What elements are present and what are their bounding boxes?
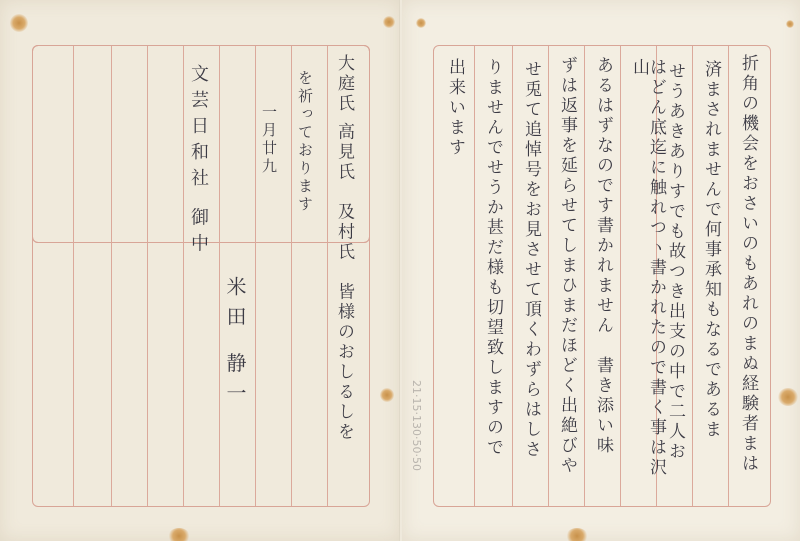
- signature-text: 米田 静一: [225, 276, 245, 436]
- text-column-8: りませんでせうか甚だ様も切望致しますので: [484, 58, 501, 488]
- rule-line: [73, 46, 74, 506]
- text-column-1: 折角の機会をおさいのもあれのまぬ経験者まは: [739, 54, 756, 494]
- foxing-stain: [786, 20, 794, 28]
- rule-line: [548, 46, 549, 506]
- text-column-closing: を祈っております: [297, 70, 312, 270]
- rule-line: [327, 46, 328, 506]
- rule-line: [584, 46, 585, 506]
- foxing-stain: [778, 388, 798, 406]
- text-column-3: せうあきありすでも故つき出支の中で二人お: [666, 62, 683, 492]
- foxing-stain: [416, 18, 426, 28]
- text-column-6: ずは返事を延らせてしまひまだほどく出絶びや: [558, 56, 575, 496]
- rule-line: [620, 46, 621, 506]
- rule-line: [183, 46, 184, 506]
- text-column-7: せ兎て追悼号をお見させて頂くわずらはしさ: [522, 60, 539, 490]
- rule-line: [474, 46, 475, 506]
- text-column-4: はどん底迄に触れつヽ書かれたので書く事は沢山: [630, 58, 664, 488]
- date-text: 一月廿九: [261, 104, 276, 204]
- rule-line: [147, 46, 148, 506]
- foxing-stain: [566, 528, 588, 541]
- rule-line: [219, 46, 220, 506]
- addressee-text: 文芸日和社 御中: [189, 64, 207, 314]
- foxing-stain: [168, 528, 190, 541]
- foxing-stain: [10, 14, 28, 32]
- foxing-stain: [383, 16, 395, 28]
- right-manuscript-frame: 折角の機会をおさいのもあれのまぬ経験者まは 済まされませんで何事承知もなるである…: [433, 45, 771, 507]
- rule-line: [692, 46, 693, 506]
- rule-line: [512, 46, 513, 506]
- rule-line: [291, 46, 292, 506]
- text-column-5: あるはずなのです書かれません 書き添い味: [594, 56, 611, 486]
- rule-line: [255, 46, 256, 506]
- text-column-2: 済まされませんで何事承知もなるであるま: [702, 60, 719, 490]
- text-column-9: 出来います: [446, 58, 463, 178]
- pencil-margin-note: 21·15·130·50·50: [410, 380, 423, 471]
- rule-line: [111, 46, 112, 506]
- text-column-addressees: 大庭氏 高見氏 及村氏 皆様のおしるしを: [335, 54, 352, 504]
- foxing-stain: [380, 388, 394, 402]
- left-manuscript-frame: 大庭氏 高見氏 及村氏 皆様のおしるしを を祈っております 一月廿九 米田 静一…: [32, 45, 370, 507]
- rule-line: [728, 46, 729, 506]
